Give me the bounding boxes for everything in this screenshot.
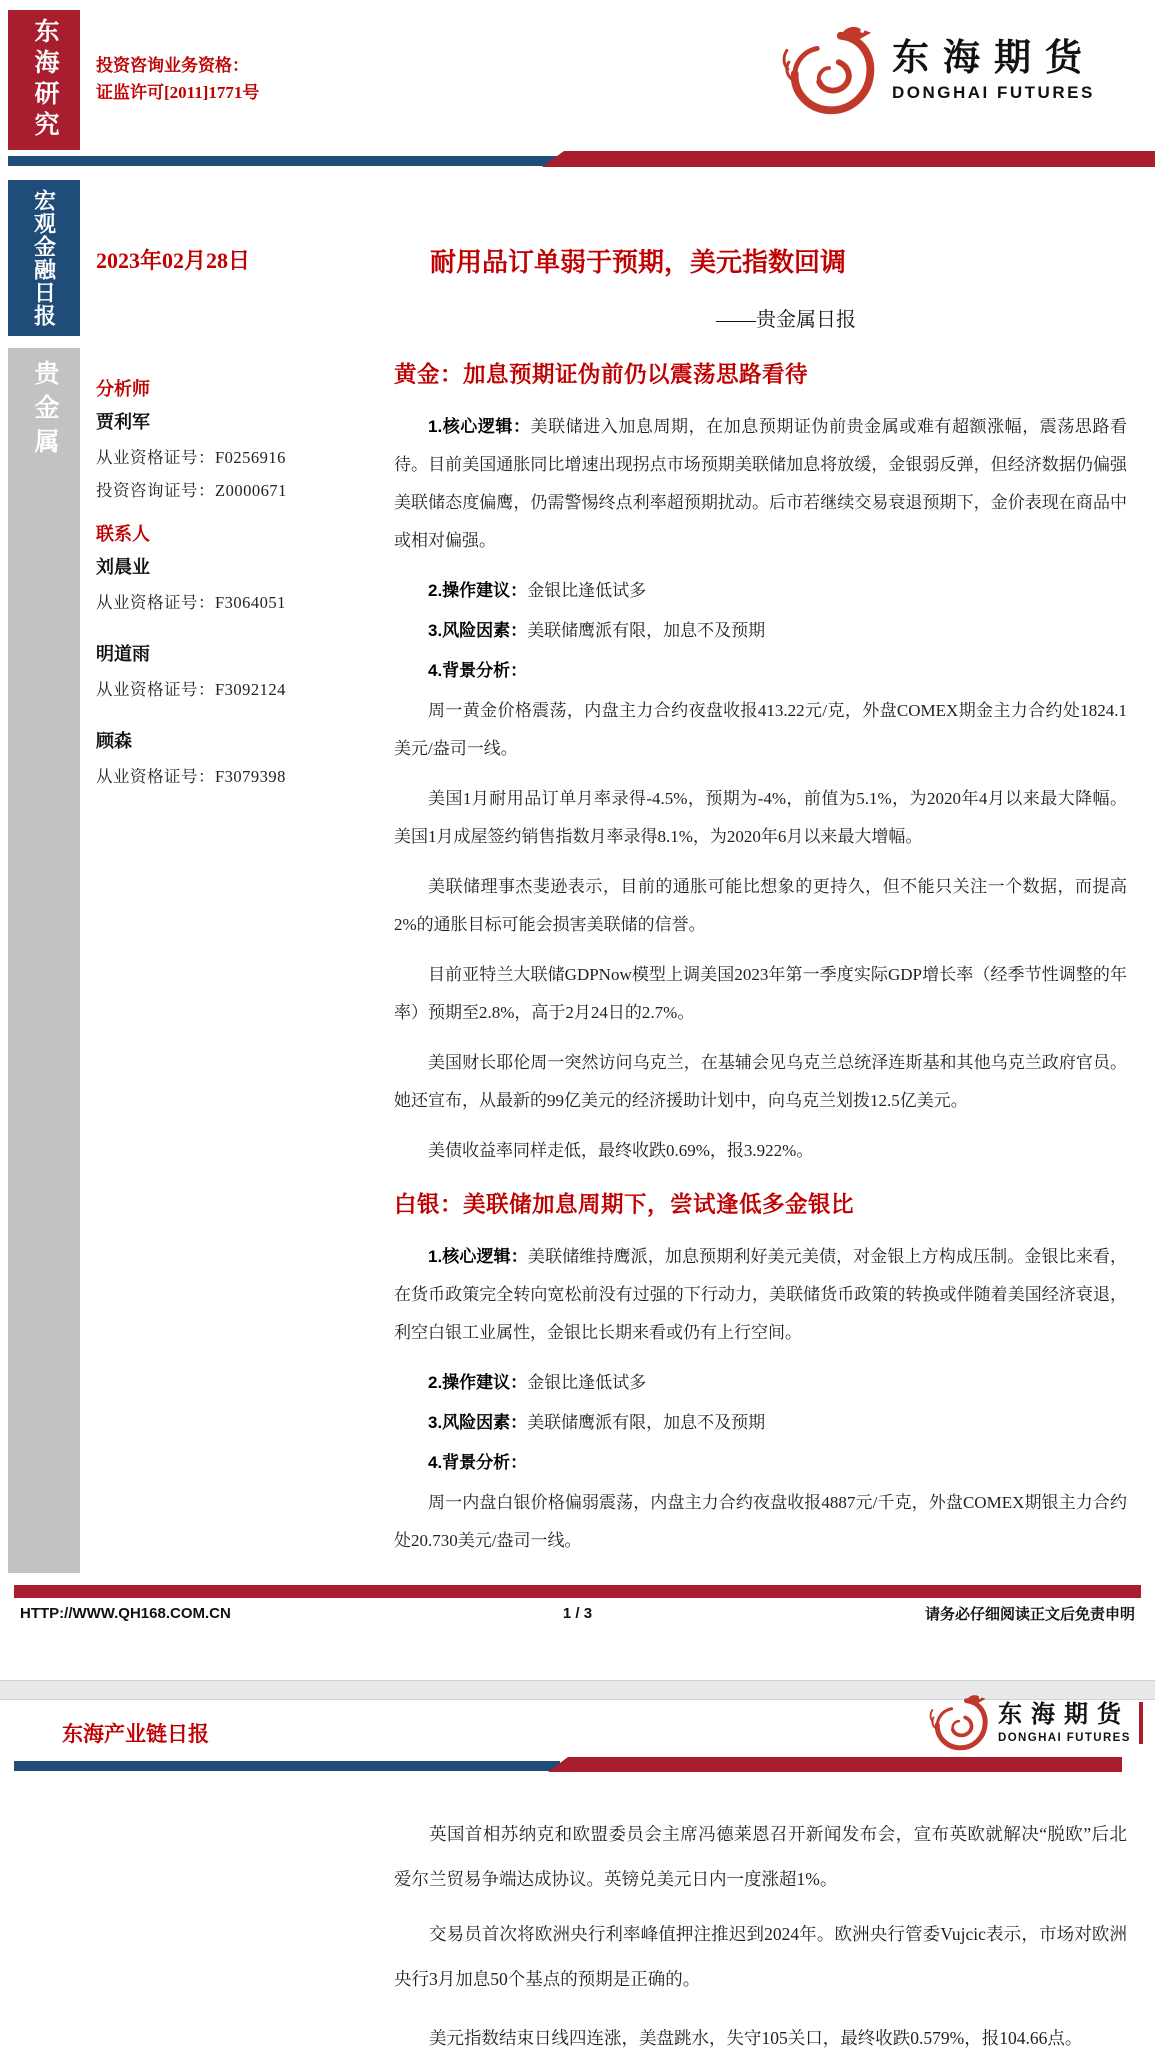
research-brand-label: 东海研究 <box>26 18 62 142</box>
silver-background-label: 4.背景分析： <box>394 1444 1127 1482</box>
contact-cert: 从业资格证号：F3079398 <box>96 760 326 793</box>
header-divider-bar <box>0 150 1155 168</box>
research-brand-box: 东海研究 <box>8 10 80 150</box>
divider-blue-segment <box>14 1761 560 1771</box>
analyst-cert: 投资咨询证号：Z0000671 <box>96 474 326 507</box>
divider-blue-segment <box>8 156 560 166</box>
company-logo-small: 东海期货 DONGHAI FUTURES <box>928 1692 1143 1754</box>
divider-red-segment <box>542 151 1155 167</box>
paragraph-lead: 4.背景分析： <box>428 661 527 680</box>
page2-paragraph: 交易员首次将欧洲央行利率峰值押注推迟到2024年。欧洲央行管委Vujcic表示，… <box>394 1912 1127 2002</box>
page2-paragraph: 英国首相苏纳克和欧盟委员会主席冯德莱恩召开新闻发布会，宣布英欧就解决“脱欧”后北… <box>394 1812 1127 1902</box>
logo-text: 东海期货 DONGHAI FUTURES <box>892 39 1096 103</box>
paragraph-lead: 4.背景分析： <box>428 1453 527 1472</box>
category-label: 贵金属 <box>26 360 62 1573</box>
paragraph-text: 金银比逢低试多 <box>527 1373 646 1392</box>
gold-section-heading: 黄金：加息预期证伪前仍以震荡思路看待 <box>394 360 1127 390</box>
silver-advice: 2.操作建议：金银比逢低试多 <box>394 1364 1127 1402</box>
silver-section-heading: 白银：美联储加息周期下，尝试逢低多金银比 <box>394 1190 1127 1220</box>
page2-divider-bar <box>0 1756 1155 1774</box>
analyst-cert: 从业资格证号：F0256916 <box>96 441 326 474</box>
silver-core-logic: 1.核心逻辑：美联储维持鹰派，加息预期利好美元美债，对金银上方构成压制。金银比来… <box>394 1238 1127 1352</box>
logo-chinese-name: 东海期货 <box>892 39 1096 79</box>
company-logo: 东海期货 DONGHAI FUTURES <box>780 22 1096 120</box>
report-page: 东海研究 投资咨询业务资格： 证监许可[2011]1771号 东海期货 DONG… <box>0 0 1155 2070</box>
paragraph-lead: 2.操作建议： <box>428 581 527 600</box>
gold-advice: 2.操作建议：金银比逢低试多 <box>394 572 1127 610</box>
category-strip: 贵金属 <box>8 348 80 1573</box>
paragraph-text: 美联储进入加息周期，在加息预期证伪前贵金属或难有超额涨幅，震荡思路看待。目前美国… <box>394 417 1127 550</box>
gold-background-paragraph: 美债收益率同样走低，最终收跌0.69%，报3.922%。 <box>394 1132 1127 1170</box>
report-title: 耐用品订单弱于预期，美元指数回调 <box>430 242 870 279</box>
footer-page-number: 1 / 3 <box>392 1605 764 1622</box>
page2-body: 英国首相苏纳克和欧盟委员会主席冯德莱恩召开新闻发布会，宣布英欧就解决“脱欧”后北… <box>394 1812 1127 2070</box>
dragon-logo-icon <box>928 1692 990 1754</box>
report-date: 2023年02月28日 <box>96 244 250 275</box>
page2-report-name: 东海产业链日报 <box>62 1718 209 1748</box>
paragraph-lead: 3.风险因素： <box>428 1413 527 1432</box>
qualification-line1: 投资咨询业务资格： <box>96 52 259 79</box>
report-body: 黄金：加息预期证伪前仍以震荡思路看待 1.核心逻辑：美联储进入加息周期，在加息预… <box>394 360 1127 1572</box>
contact-name: 明道雨 <box>96 641 326 667</box>
paragraph-lead: 3.风险因素： <box>428 621 527 640</box>
silver-risk: 3.风险因素：美联储鹰派有限，加息不及预期 <box>394 1404 1127 1442</box>
analyst-column: 分析师 贾利军 从业资格证号：F0256916 投资咨询证号：Z0000671 … <box>96 376 326 793</box>
page2-paragraph: 美元指数结束日线四连涨，美盘跳水，失守105关口，最终收跌0.579%，报104… <box>394 2016 1127 2061</box>
gold-core-logic: 1.核心逻辑：美联储进入加息周期，在加息预期证伪前贵金属或难有超额涨幅，震荡思路… <box>394 408 1127 560</box>
gold-risk: 3.风险因素：美联储鹰派有限，加息不及预期 <box>394 612 1127 650</box>
footer-disclaimer: 请务必仔细阅读正文后免责申明 <box>763 1603 1135 1624</box>
footer-divider-bar <box>14 1585 1141 1598</box>
qualification-line2: 证监许可[2011]1771号 <box>96 79 259 106</box>
contact-label: 联系人 <box>96 521 326 547</box>
gold-background-label: 4.背景分析： <box>394 652 1127 690</box>
qualification-text: 投资咨询业务资格： 证监许可[2011]1771号 <box>96 52 259 106</box>
paragraph-lead: 1.核心逻辑： <box>428 417 531 436</box>
contact-name: 顾森 <box>96 728 326 754</box>
contact-name: 刘晨业 <box>96 554 326 580</box>
logo-text: 东海期货 DONGHAI FUTURES <box>998 1702 1143 1744</box>
gold-background-paragraph: 目前亚特兰大联储GDPNow模型上调美国2023年第一季度实际GDP增长率（经季… <box>394 956 1127 1032</box>
paragraph-lead: 2.操作建议： <box>428 1373 527 1392</box>
contact-cert: 从业资格证号：F3064051 <box>96 586 326 619</box>
report-type-label: 宏观金融日报 <box>29 189 60 327</box>
report-type-box: 宏观金融日报 <box>8 180 80 336</box>
logo-english-name: DONGHAI FUTURES <box>998 1732 1131 1744</box>
paragraph-text: 美联储鹰派有限，加息不及预期 <box>527 621 765 640</box>
logo-chinese-name: 东海期货 <box>998 1702 1131 1729</box>
analyst-label: 分析师 <box>96 376 326 402</box>
logo-english-name: DONGHAI FUTURES <box>892 83 1096 103</box>
paragraph-lead: 1.核心逻辑： <box>428 1247 528 1266</box>
gold-background-paragraph: 美联储理事杰斐逊表示，目前的通胀可能比想象的更持久，但不能只关注一个数据，而提高… <box>394 868 1127 944</box>
dragon-logo-icon <box>780 22 878 120</box>
footer-website-url: HTTP://WWW.QH168.COM.CN <box>20 1605 392 1622</box>
gold-background-paragraph: 美国财长耶伦周一突然访问乌克兰，在基辅会见乌克兰总统泽连斯基和其他乌克兰政府官员… <box>394 1044 1127 1120</box>
contact-cert: 从业资格证号：F3092124 <box>96 673 326 706</box>
gold-background-paragraph: 周一黄金价格震荡，内盘主力合约夜盘收报413.22元/克，外盘COMEX期金主力… <box>394 692 1127 768</box>
paragraph-text: 美联储鹰派有限，加息不及预期 <box>527 1413 765 1432</box>
gold-background-paragraph: 美国1月耐用品订单月率录得-4.5%，预期为-4%，前值为5.1%，为2020年… <box>394 780 1127 856</box>
divider-red-segment <box>548 1757 1122 1772</box>
silver-background-paragraph: 周一内盘白银价格偏弱震荡，内盘主力合约夜盘收报4887元/千克，外盘COMEX期… <box>394 1484 1127 1560</box>
footer: HTTP://WWW.QH168.COM.CN 1 / 3 请务必仔细阅读正文后… <box>20 1603 1135 1624</box>
analyst-name: 贾利军 <box>96 409 326 435</box>
report-subtitle: ——贵金属日报 <box>560 303 856 332</box>
paragraph-text: 金银比逢低试多 <box>527 581 646 600</box>
